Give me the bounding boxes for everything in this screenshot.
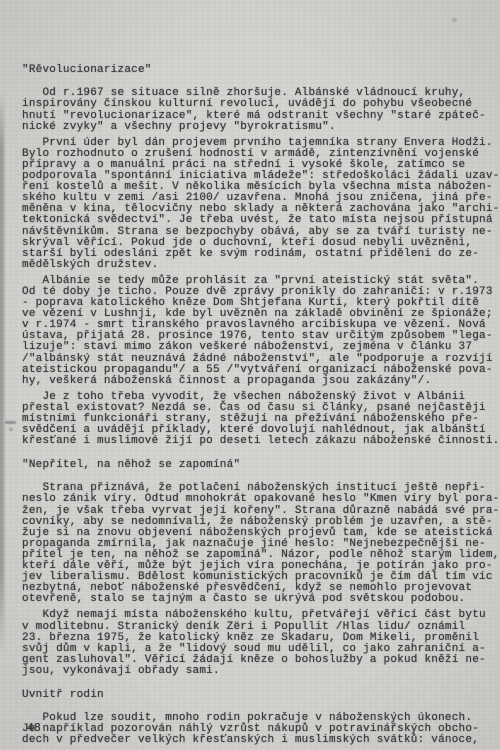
- heading-uvnitr-rodin: Uvnitř rodin: [22, 690, 490, 701]
- text-column: "Rěvolucionarizace" Od r.1967 se situace…: [22, 32, 490, 750]
- margin-ink-dot: [9, 428, 13, 431]
- paragraph-1: Od r.1967 se situace silně zhoršuje. Alb…: [22, 88, 490, 132]
- paragraph-5: Strana přiznává, že potlačení náboženský…: [22, 483, 490, 605]
- paragraph-7: Pokud lze soudit, mnoho rodin pokračuje …: [22, 713, 490, 746]
- scan-left-edge-shadow: [0, 90, 6, 655]
- paragraph-3: Albánie se tedy může prohlásit za "první…: [22, 276, 490, 387]
- paragraph-2: První úder byl dán projevem prvního taje…: [22, 138, 490, 271]
- paragraph-4: Je z toho třeba vyvodit, že všechen nábo…: [22, 392, 490, 447]
- paragraph-6: Když nemají místa náboženského kultu, př…: [22, 610, 490, 677]
- page-number: 48: [27, 722, 41, 735]
- paper-speck: [452, 18, 457, 22]
- heading-nepritel-na-nehoz-se-zapomina: "Nepřítel, na něhož se zapomíná": [22, 460, 490, 471]
- scanned-page: "Rěvolucionarizace" Od r.1967 se situace…: [0, 0, 500, 750]
- margin-ink-smudge: [5, 421, 16, 424]
- heading-revolucionarizace: "Rěvolucionarizace": [22, 65, 490, 76]
